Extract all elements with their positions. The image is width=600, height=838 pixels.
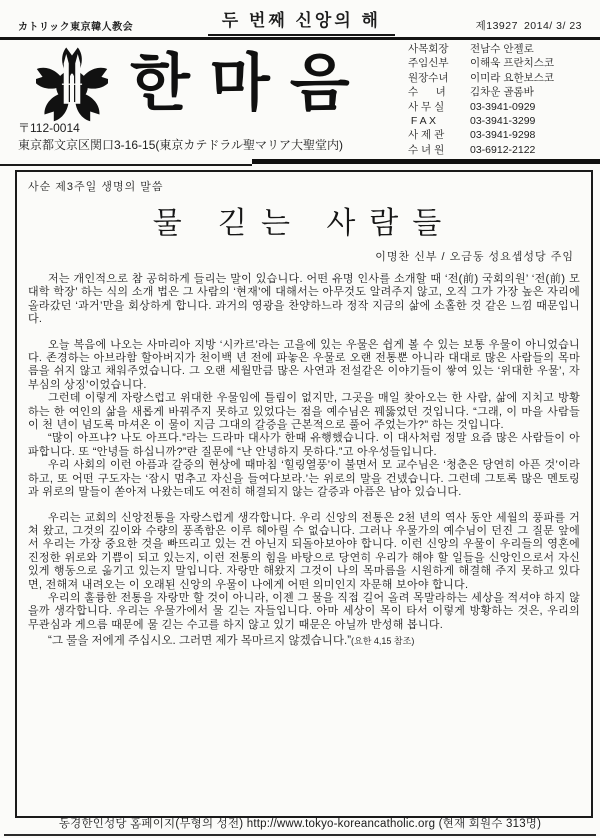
- bulletin-title: 한마음: [130, 44, 370, 122]
- article-title: 물 긷는 사람들: [28, 198, 580, 242]
- issue-and-date: 제139272014/ 3/ 23: [470, 18, 582, 36]
- footer-text: 동경한인성당 홈페이지(무형의 성전) http://www.tokyo-kor…: [59, 818, 541, 830]
- article-paragraph: 오늘 복음에 나오는 사마리아 지방 ‘시카르’라는 고을에 있는 우물은 쉽게…: [28, 339, 580, 393]
- contact-value: 전남수 안젤로: [470, 42, 586, 56]
- contact-row: F A X03-3941-3299: [408, 114, 586, 128]
- contact-label: F A X: [408, 114, 470, 128]
- street-address: 東京都文京区関口3-16-15(東京カテドラル聖マリア大聖堂内): [18, 137, 343, 154]
- contact-label: 사목회장: [408, 42, 470, 56]
- contact-row: 사 제 관03-3941-9298: [408, 128, 586, 142]
- closing-quote: “그 물을 저에게 주십시오. 그러면 제가 목마르지 않겠습니다.”(요한 4…: [28, 634, 580, 649]
- postal-code: 〒112-0014: [18, 120, 343, 137]
- contact-value: 03-3941-3299: [470, 114, 586, 128]
- contacts-divider: [252, 159, 600, 164]
- contact-row: 원장수녀이미라 요한보스코: [408, 71, 586, 85]
- contact-value: 03-3941-0929: [470, 100, 586, 114]
- issue-date: 2014/ 3/ 23: [524, 20, 582, 32]
- footer-divider: [4, 834, 596, 836]
- brand: 한마음: [36, 44, 370, 126]
- contact-row: 수 녀 원03-6912-2122: [408, 143, 586, 157]
- contact-row: 사목회장전남수 안젤로: [408, 42, 586, 56]
- contact-value: 03-6912-2122: [470, 143, 586, 157]
- article-byline: 이명찬 신부 / 오금동 성요셉성당 주임: [28, 248, 574, 264]
- article-paragraph: 우리는 교회의 신앙전통을 자랑스럽게 생각합니다. 우리 신앙의 전통은 2천…: [28, 512, 580, 592]
- org-name: カトリック東京韓人教会: [18, 18, 133, 36]
- bulletin-page: カトリック東京韓人教会 두 번째 신앙의 해 제139272014/ 3/ 23: [0, 0, 600, 838]
- contact-label: 수 녀 원: [408, 143, 470, 157]
- article-paragraph: “많이 아프냐? 나도 아프다.”라는 드라마 대사가 한때 유행했습니다. 이…: [28, 432, 580, 459]
- address-block: 〒112-0014 東京都文京区関口3-16-15(東京カテドラル聖マリア大聖堂…: [18, 120, 343, 154]
- issue-number: 제13927: [476, 20, 518, 32]
- article-paragraph: 그런데 이렇게 자랑스럽고 위대한 우물임에 틀림이 없지만, 그곳을 매일 찾…: [28, 392, 580, 432]
- article-paragraph: 우리의 훌륭한 전통을 자랑만 할 것이 아니라, 이젠 그 물을 직접 길어 …: [28, 592, 580, 632]
- contact-label: 주임신부: [408, 56, 470, 70]
- contact-label: 원장수녀: [408, 71, 470, 85]
- page-header: カトリック東京韓人教会 두 번째 신앙의 해 제139272014/ 3/ 23: [0, 10, 600, 36]
- year-of-faith-banner: 두 번째 신앙의 해: [208, 6, 395, 36]
- page-footer: 동경한인성당 홈페이지(무형의 성전) http://www.tokyo-kor…: [0, 815, 600, 831]
- contact-label: 사 무 실: [408, 100, 470, 114]
- contact-label: 사 제 관: [408, 128, 470, 142]
- contact-value: 03-3941-9298: [470, 128, 586, 142]
- article-box: 사순 제3주일 생명의 말씀 물 긷는 사람들 이명찬 신부 / 오금동 성요셉…: [15, 170, 593, 818]
- article-paragraph: 저는 개인적으로 참 공허하게 들리는 말이 있습니다. 어떤 유명 인사를 소…: [28, 273, 580, 327]
- quote-text: “그 물을 저에게 주십시오. 그러면 제가 목마르지 않겠습니다.”: [48, 635, 351, 647]
- contact-list: 사목회장전남수 안젤로 주임신부이해욱 프란치스코 원장수녀이미라 요한보스코 …: [408, 42, 586, 157]
- contact-row: 수 녀김차운 골롬바: [408, 85, 586, 99]
- contact-row: 사 무 실03-3941-0929: [408, 100, 586, 114]
- blossom-cathedral-emblem-icon: [36, 44, 108, 126]
- contact-value: 이미라 요한보스코: [470, 71, 586, 85]
- section-label: 사순 제3주일 생명의 말씀: [28, 178, 580, 194]
- contact-value: 이해욱 프란치스코: [470, 56, 586, 70]
- masthead: 한마음 사목회장전남수 안젤로 주임신부이해욱 프란치스코 원장수녀이미라 요한…: [0, 40, 600, 170]
- contact-row: 주임신부이해욱 프란치스코: [408, 56, 586, 70]
- scripture-reference: (요한 4,15 참조): [351, 636, 414, 646]
- contact-label: 수 녀: [408, 85, 470, 99]
- article-paragraph: 우리 사회의 이런 아픔과 갈증의 현상에 때마침 ‘힐링열풍’이 불면서 모 …: [28, 459, 580, 499]
- address-divider: [0, 164, 252, 166]
- contact-value: 김차운 골롬바: [470, 85, 586, 99]
